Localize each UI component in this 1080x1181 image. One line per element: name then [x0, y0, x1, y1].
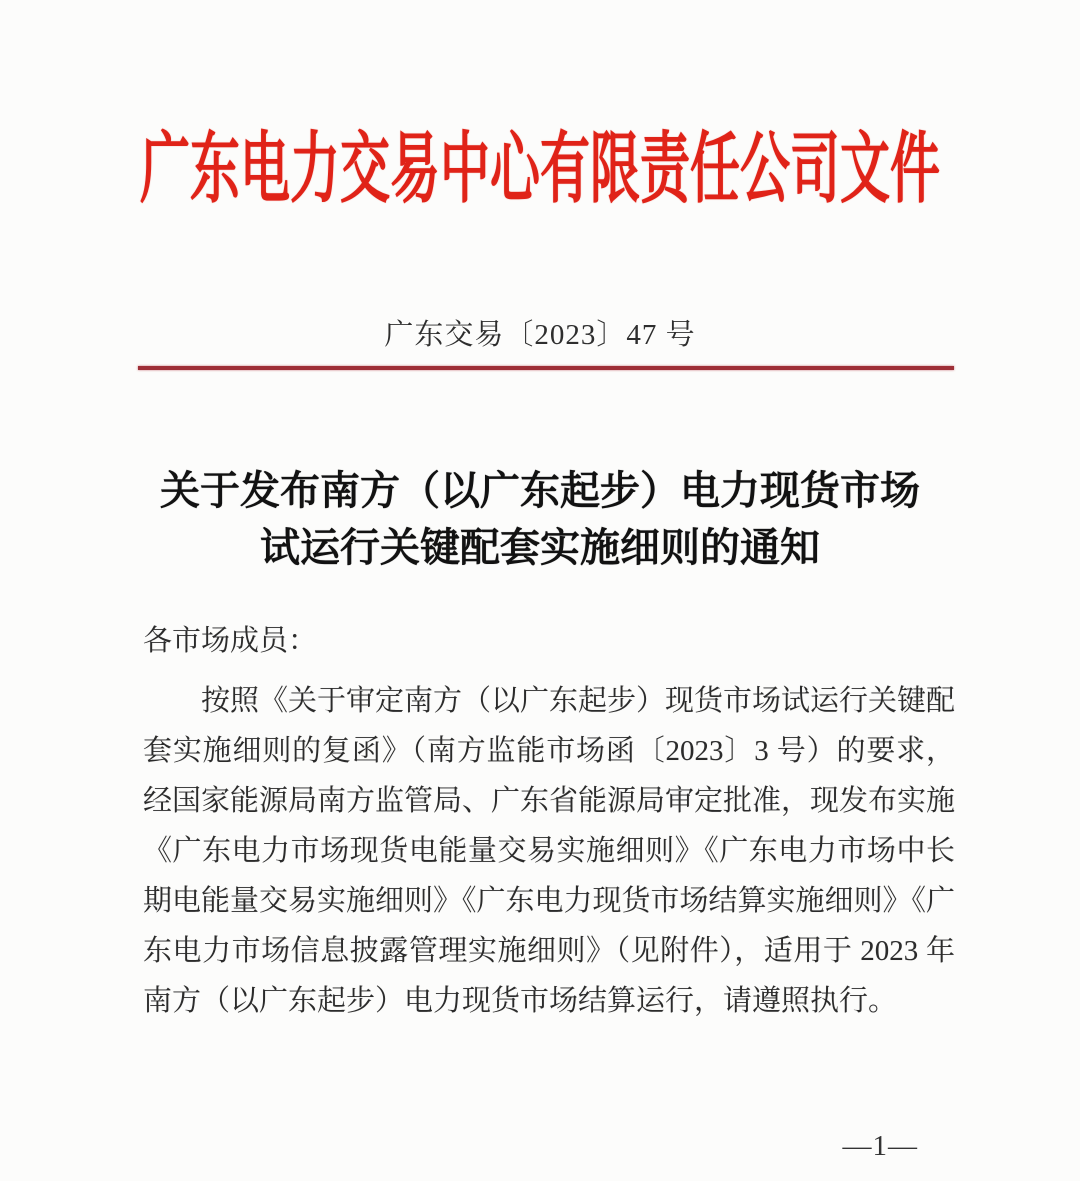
- body-paragraph: 按照《关于审定南方（以广东起步）现货市场试运行关键配套实施细则的复函》（南方监能…: [143, 676, 955, 1026]
- document-title: 关于发布南方（以广东起步）电力现货市场 试运行关键配套实施细则的通知: [0, 462, 1080, 576]
- letterhead-org-title: 广东电力交易中心有限责任公司文件: [140, 130, 940, 208]
- page-number: —1—: [0, 1130, 1080, 1163]
- salutation: 各市场成员：: [143, 616, 955, 666]
- document-number: 广东交易〔2023〕47 号: [0, 312, 1080, 353]
- document-letterhead: 广东电力交易中心有限责任公司文件: [0, 130, 1080, 180]
- document-title-line2: 试运行关键配套实施细则的通知: [0, 519, 1080, 576]
- document-title-line1: 关于发布南方（以广东起步）电力现货市场: [0, 462, 1080, 519]
- red-divider-line: [138, 366, 954, 370]
- document-page: 广东电力交易中心有限责任公司文件 广东交易〔2023〕47 号 关于发布南方（以…: [0, 0, 1080, 1181]
- document-body: 各市场成员： 按照《关于审定南方（以广东起步）现货市场试运行关键配套实施细则的复…: [143, 616, 955, 1026]
